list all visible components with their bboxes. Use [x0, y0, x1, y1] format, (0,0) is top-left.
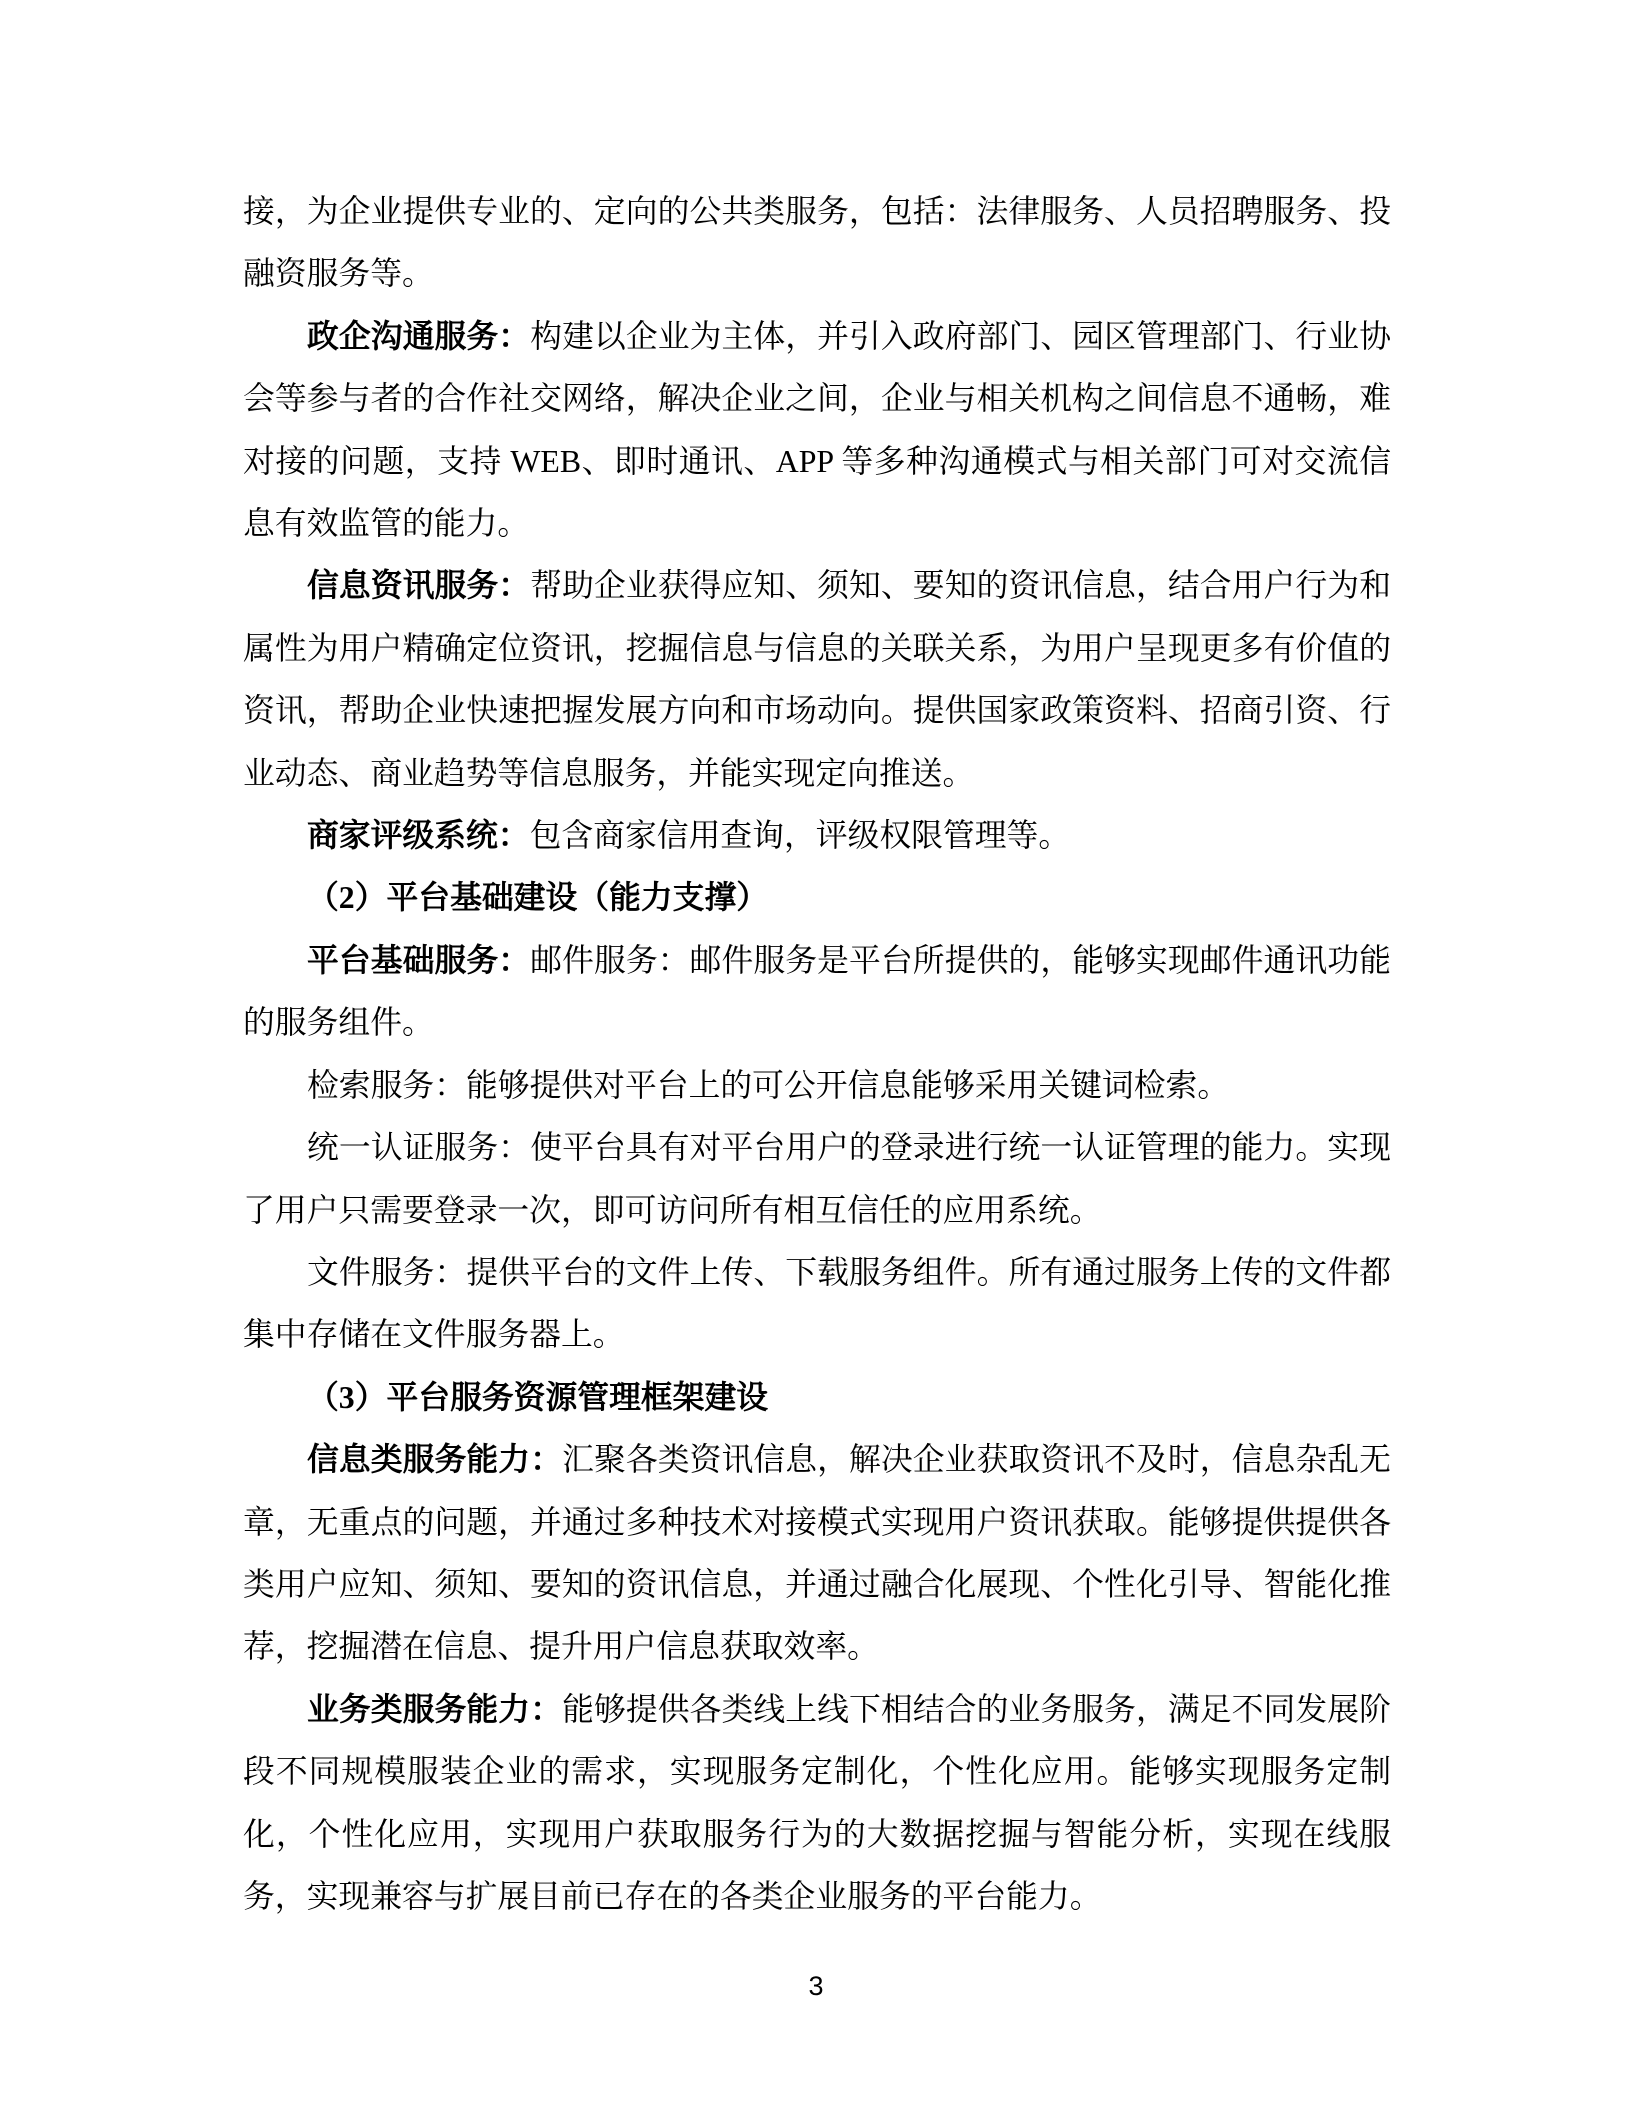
document-page: 接，为企业提供专业的、定向的公共类服务，包括：法律服务、人员招聘服务、投融资服务… — [0, 0, 1632, 2112]
paragraph-text: 统一认证服务：使平台具有对平台用户的登录进行统一认证管理的能力。实现了用户只需要… — [243, 1130, 1391, 1227]
paragraph: 平台基础服务：邮件服务：邮件服务是平台所提供的，能够实现邮件通讯功能的服务组件。 — [243, 930, 1391, 1055]
page-number: 3 — [0, 1968, 1632, 2004]
document-body: 接，为企业提供专业的、定向的公共类服务，包括：法律服务、人员招聘服务、投融资服务… — [243, 181, 1391, 1928]
heading-text: （3）平台服务资源管理框架建设 — [307, 1380, 768, 1415]
paragraph: 业务类服务能力：能够提供各类线上线下相结合的业务服务，满足不同发展阶段不同规模服… — [243, 1679, 1391, 1929]
paragraph: 政企沟通服务：构建以企业为主体，并引入政府部门、园区管理部门、行业协会等参与者的… — [243, 306, 1391, 556]
paragraph-text: 检索服务：能够提供对平台上的可公开信息能够采用关键词检索。 — [307, 1068, 1229, 1103]
paragraph-text: 包含商家信用查询，评级权限管理等。 — [530, 818, 1071, 853]
paragraph: 统一认证服务：使平台具有对平台用户的登录进行统一认证管理的能力。实现了用户只需要… — [243, 1117, 1391, 1242]
paragraph: 接，为企业提供专业的、定向的公共类服务，包括：法律服务、人员招聘服务、投融资服务… — [243, 181, 1391, 306]
paragraph: 信息资讯服务：帮助企业获得应知、须知、要知的资讯信息，结合用户行为和属性为用户精… — [243, 555, 1391, 805]
paragraph-lead: 信息类服务能力： — [307, 1442, 562, 1477]
paragraph-lead: 业务类服务能力： — [307, 1692, 562, 1727]
paragraph-lead: 平台基础服务： — [307, 943, 530, 978]
section-heading: （3）平台服务资源管理框架建设 — [243, 1367, 1391, 1429]
paragraph-lead: 商家评级系统： — [307, 818, 530, 853]
paragraph: 检索服务：能够提供对平台上的可公开信息能够采用关键词检索。 — [243, 1055, 1391, 1117]
paragraph: 商家评级系统：包含商家信用查询，评级权限管理等。 — [243, 805, 1391, 867]
paragraph: 信息类服务能力：汇聚各类资讯信息，解决企业获取资讯不及时，信息杂乱无章，无重点的… — [243, 1429, 1391, 1679]
paragraph-lead: 政企沟通服务： — [307, 319, 530, 354]
paragraph-lead: 信息资讯服务： — [307, 568, 530, 603]
paragraph: 文件服务：提供平台的文件上传、下载服务组件。所有通过服务上传的文件都集中存储在文… — [243, 1242, 1391, 1367]
paragraph-text: 接，为企业提供专业的、定向的公共类服务，包括：法律服务、人员招聘服务、投融资服务… — [243, 194, 1391, 291]
heading-text: （2）平台基础建设（能力支撑） — [307, 880, 768, 915]
section-heading: （2）平台基础建设（能力支撑） — [243, 867, 1391, 929]
paragraph-text: 文件服务：提供平台的文件上传、下载服务组件。所有通过服务上传的文件都集中存储在文… — [243, 1255, 1391, 1352]
